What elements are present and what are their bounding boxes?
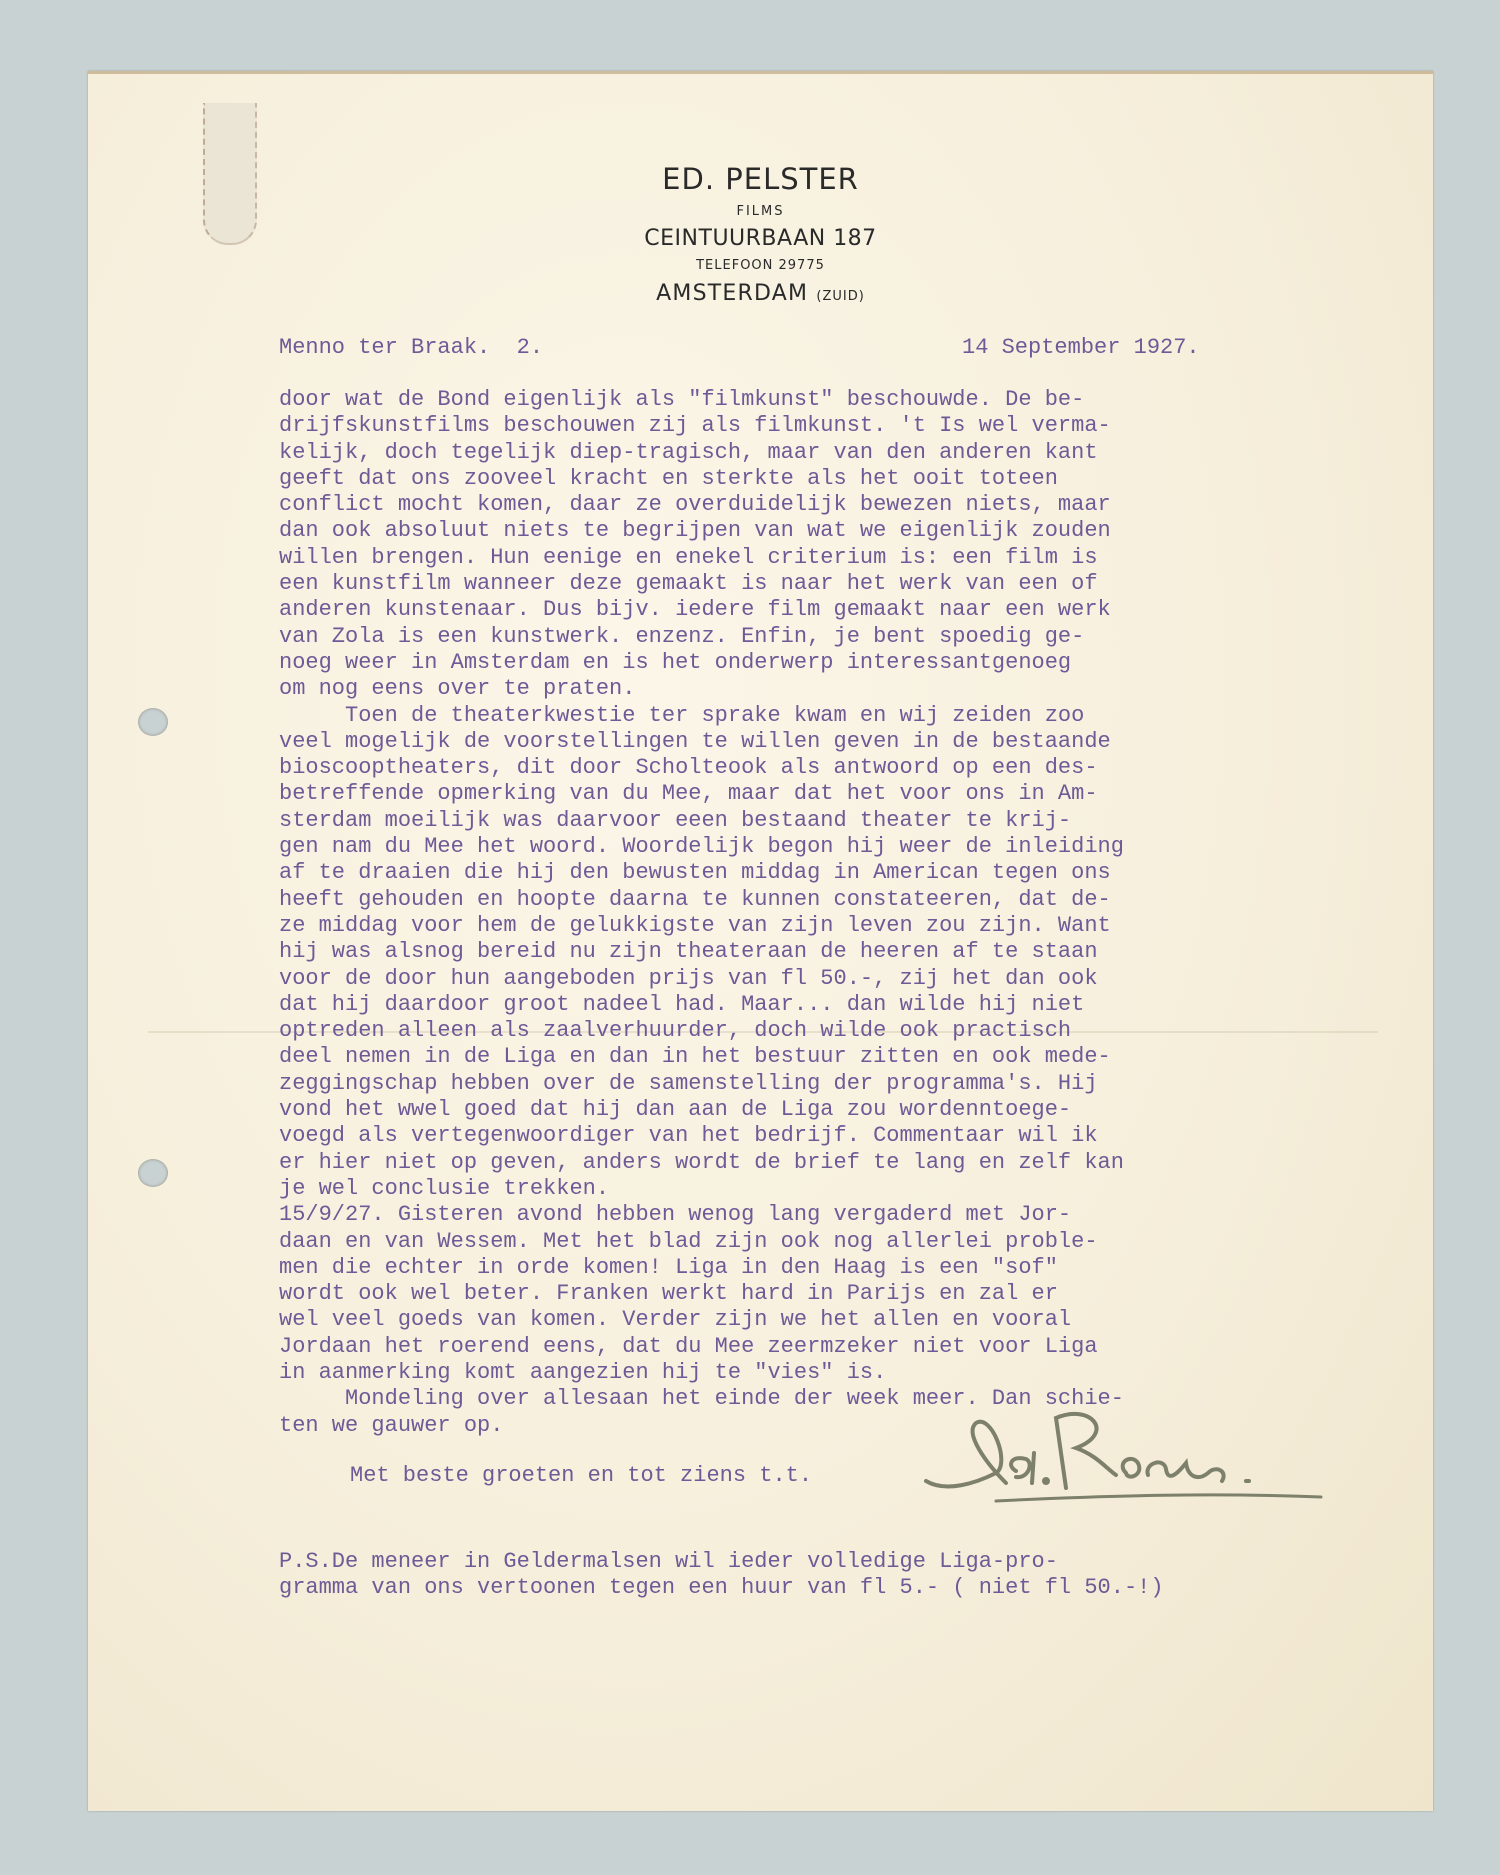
letterhead-city: AMSTERDAM (ZUID) [88,281,1433,306]
letterhead-city-name: AMSTERDAM [656,281,808,306]
letterhead-phone: TELEFOON 29775 [88,258,1433,273]
text-line: geeft dat ons zooveel kracht en sterkte … [279,466,1124,492]
text-line: gramma van ons vertoonen tegen een huur … [279,1575,1164,1601]
text-line: wel veel goeds van komen. Verder zijn we… [279,1307,1124,1333]
text-line: voegd als vertegenwoordiger van het bedr… [279,1123,1124,1149]
letterhead-street: CEINTUURBAAN 187 [88,226,1433,251]
page-number: 2. [517,335,543,360]
text-line: voor de door hun aangeboden prijs van fl… [279,966,1124,992]
text-line: er hier niet op geven, anders wordt de b… [279,1150,1124,1176]
text-line: in aanmerking komt aangezien hij te "vie… [279,1360,1124,1386]
text-line: deel nemen in de Liga en dan in het best… [279,1044,1124,1070]
text-line: noeg weer in Amsterdam en is het onderwe… [279,650,1124,676]
text-line: betreffende opmerking van du Mee, maar d… [279,781,1124,807]
text-line: je wel conclusie trekken. [279,1176,1124,1202]
letter-body: door wat de Bond eigenlijk als "filmkuns… [279,387,1124,1439]
recipient: Menno ter Braak. [279,335,490,360]
text-line: zeggingschap hebben over de samenstellin… [279,1071,1124,1097]
text-line: een kunstfilm wanneer deze gemaakt is na… [279,571,1124,597]
text-line: daan en van Wessem. Met het blad zijn oo… [279,1229,1124,1255]
handwritten-signature [916,1393,1336,1503]
text-line: sterdam moeilijk was daarvoor eeen besta… [279,808,1124,834]
text-line: Jordaan het roerend eens, dat du Mee zee… [279,1334,1124,1360]
text-line: kelijk, doch tegelijk diep-tragisch, maa… [279,440,1124,466]
text-line: veel mogelijk de voorstellingen te wille… [279,729,1124,755]
text-line: anderen kunstenaar. Dus bijv. iedere fil… [279,597,1124,623]
text-line: men die echter in orde komen! Liga in de… [279,1255,1124,1281]
text-line: Toen de theaterkwestie ter sprake kwam e… [279,703,1124,729]
text-line: van Zola is een kunstwerk. enzenz. Enfin… [279,624,1124,650]
header-recipient-line: Menno ter Braak. 2. [279,335,543,361]
text-line: ze middag voor hem de gelukkigste van zi… [279,913,1124,939]
text-line: vond het wwel goed dat hij dan aan de Li… [279,1097,1124,1123]
text-line: dat hij daardoor groot nadeel had. Maar.… [279,992,1124,1018]
text-line: wordt ook wel beter. Franken werkt hard … [279,1281,1124,1307]
text-line: dan ook absoluut niets te begrijpen van … [279,518,1124,544]
text-line: om nog eens over te praten. [279,676,1124,702]
punch-hole-lower [138,1159,168,1187]
punch-hole-upper [138,708,168,736]
letter-date: 14 September 1927. [962,335,1200,361]
text-line: gen nam du Mee het woord. Woordelijk beg… [279,834,1124,860]
letter-page: ED. PELSTER FILMS CEINTUURBAAN 187 TELEF… [88,71,1433,1811]
text-line: door wat de Bond eigenlijk als "filmkuns… [279,387,1124,413]
text-line: P.S.De meneer in Geldermalsen wil ieder … [279,1549,1164,1575]
text-line: hij was alsnog bereid nu zijn theateraan… [279,939,1124,965]
text-line: drijfskunstfilms beschouwen zij als film… [279,413,1124,439]
text-line: conflict mocht komen, daar ze overduidel… [279,492,1124,518]
postscript: P.S.De meneer in Geldermalsen wil ieder … [279,1549,1164,1602]
text-line: willen brengen. Hun eenige en enekel cri… [279,545,1124,571]
text-line: heeft gehouden en hoopte daarna te kunne… [279,887,1124,913]
letterhead-district: (ZUID) [816,289,864,304]
text-line: optreden alleen als zaalverhuurder, doch… [279,1018,1124,1044]
text-line: af te draaien die hij den bewusten midda… [279,860,1124,886]
letterhead-name: ED. PELSTER [88,162,1433,196]
closing-line: Met beste groeten en tot ziens t.t. [350,1463,812,1489]
text-line: 15/9/27. Gisteren avond hebben wenog lan… [279,1202,1124,1228]
letterhead-tagline: FILMS [88,204,1433,219]
text-line: bioscooptheaters, dit door Scholteook al… [279,755,1124,781]
